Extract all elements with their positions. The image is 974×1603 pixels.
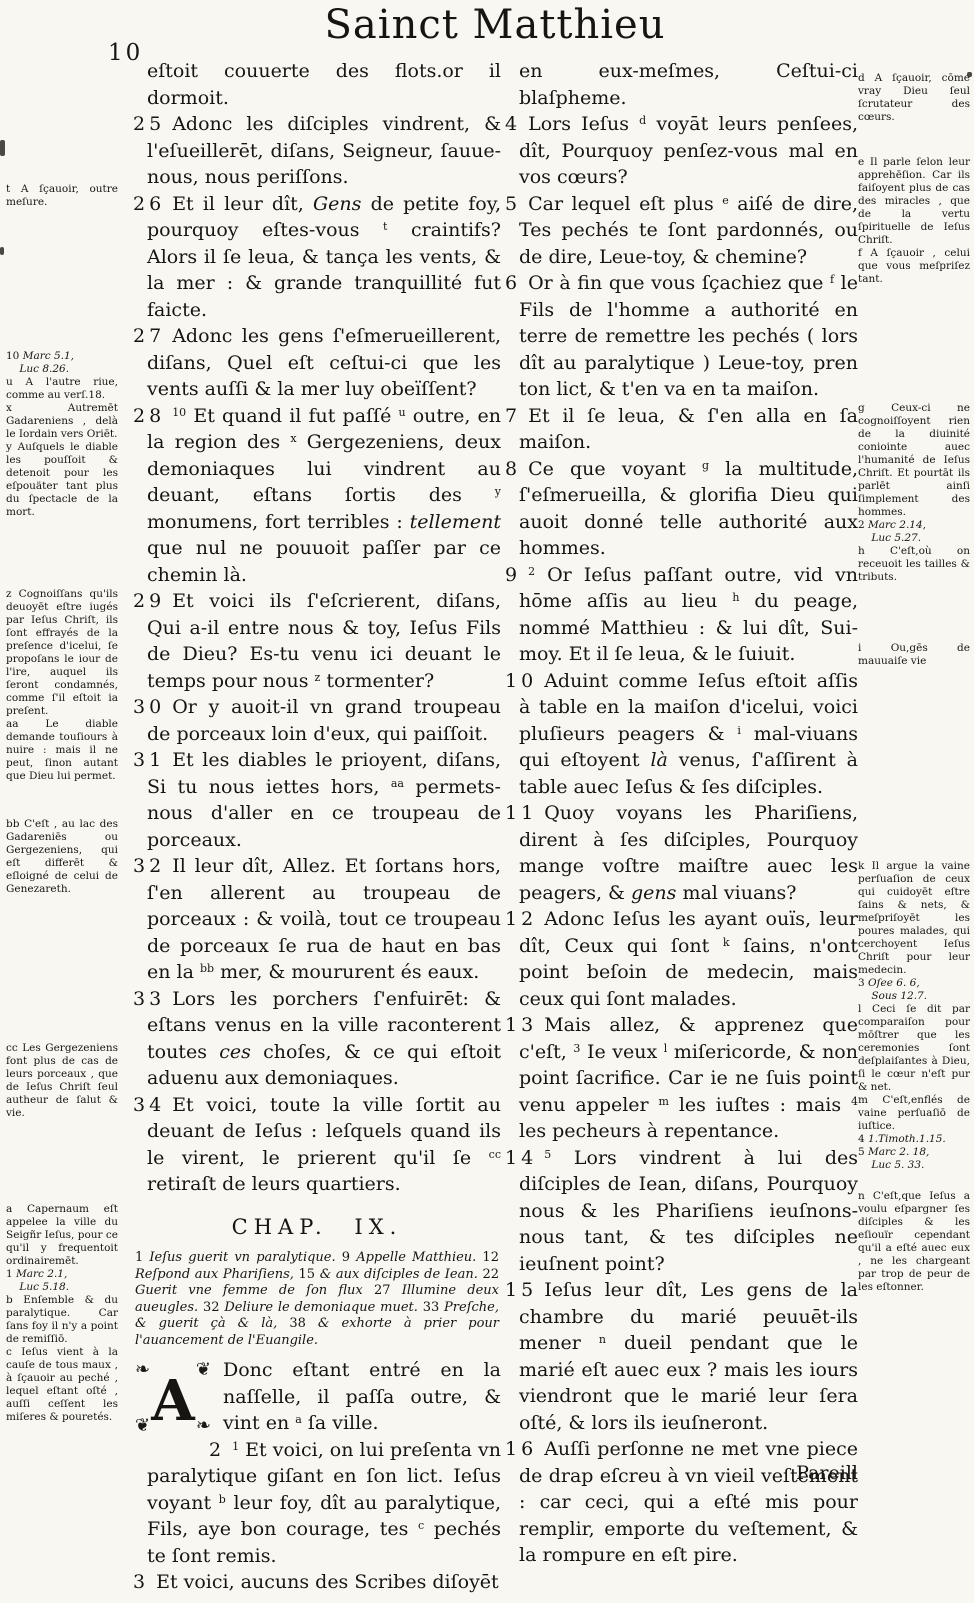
verse-number: 8 (505, 458, 528, 480)
margin-note: n C'eſt,que Ieſus a voulu eſpargner ſes … (858, 1190, 970, 1294)
verse: 25Adonc les diſciples vindrent, & l'eſue… (133, 111, 501, 191)
note-reference-mark: a (295, 1413, 302, 1426)
verse: 6Or à fin que vous ſçachiez que f le Fil… (505, 270, 858, 403)
verse-number: 29 (133, 590, 172, 612)
verse: 4Lors Ieſus d voyāt leurs penſees, dît, … (505, 111, 858, 191)
verse-number: 7 (505, 405, 528, 427)
margin-note: cc Les Gergezeniens font plus de cas de … (6, 1042, 118, 1120)
verse-number: 10 (505, 670, 544, 692)
book-page: 10 Sainct Matthieu eſtoit couuerte des f… (0, 0, 974, 1603)
verse: 32Il leur dît, Allez. Et ſortans hors, ſ… (133, 853, 501, 986)
ornate-dropcap: ❧❦❦❧A (133, 1361, 213, 1437)
verse-number: 6 (505, 272, 528, 294)
verse: 7Et il ſe leua, & ſ'en alla en ſa maiſon… (505, 403, 858, 456)
verse: 10Aduint comme Ieſus eſtoit aſſis à tabl… (505, 668, 858, 801)
note-reference-mark: l (664, 1042, 668, 1055)
note-reference-mark: k (723, 936, 730, 949)
note-reference-mark: 10 (172, 406, 186, 419)
note-reference-mark: z (315, 671, 321, 684)
note-reference-mark: u (398, 406, 405, 419)
page-title: Sainct Matthieu (130, 2, 860, 48)
verse: 145 Lors vindrent à lui des diſciples de… (505, 1145, 858, 1278)
verse-number: 25 (133, 113, 172, 135)
verse-number: 3 (133, 1571, 156, 1593)
verse-number: 27 (133, 325, 172, 347)
right-margin-notes: d A ſçauoir, cōme vray Dieu ſeul ſcrutat… (858, 0, 970, 1603)
margin-note: bb C'eſt , au lac des Gadareniēs ou Gerg… (6, 818, 118, 896)
verse-number: 2 (209, 1439, 232, 1461)
note-reference-mark: g (702, 459, 709, 472)
note-reference-mark: 5 (544, 1148, 551, 1161)
verse-number: 11 (505, 802, 544, 824)
verse: 31Et les diables le prioyent, diſans, Si… (133, 747, 501, 853)
verse: 16Auſſi perſonne ne met vne piece de dra… (505, 1436, 858, 1569)
note-reference-mark: h (732, 591, 739, 604)
verse: 29Et voici ils ſ'eſcrierent, diſans, Qui… (133, 588, 501, 694)
note-reference-mark: 3 (573, 1042, 580, 1055)
margin-note: i Ou,gēs de mauuaiſe vie (858, 642, 970, 668)
verse: 34Et voici, toute la ville ſortit au deu… (133, 1092, 501, 1198)
verse-number: 9 (505, 564, 528, 586)
dropcap-letter: A (151, 1368, 194, 1434)
verse-number: 26 (133, 193, 172, 215)
continued-text: eſtoit couuerte des flots.or il dormoit. (133, 58, 501, 111)
verse-number: 14 (505, 1147, 544, 1169)
verse-number: 5 (505, 193, 528, 215)
right-column: en eux-meſmes, Ceſtui-ci blaſpheme.4Lors… (505, 58, 858, 1569)
note-reference-mark: 1 (232, 1440, 239, 1453)
margin-note: t A ſçauoir, outre meſure. (6, 183, 118, 209)
verse-number: 13 (505, 1014, 544, 1036)
verse-number: 31 (133, 749, 172, 771)
chapter-summary: 1 Ieſus guerit vn paralytique. 9 Appelle… (133, 1250, 501, 1349)
note-reference-mark: d (639, 114, 646, 127)
chapter-heading: CHAP. IX. (133, 1214, 501, 1241)
verse-number: 33 (133, 988, 172, 1010)
verse: 30Or y auoit-il vn grand troupeau de por… (133, 694, 501, 747)
verse: 92 Or Ieſus paſſant outre, vid vn hōme a… (505, 562, 858, 668)
margin-note: a Capernaum eſt appelee la ville du Seig… (6, 1203, 118, 1424)
verse: 21 Et voici, on lui preſenta vn paralyti… (133, 1437, 501, 1570)
note-reference-mark: x (290, 432, 296, 445)
note-reference-mark: 4 (851, 1095, 858, 1108)
verse: ❧❦❦❧ADonc eſtant entré en la naſſelle, i… (133, 1357, 501, 1437)
note-reference-mark: bb (200, 962, 214, 975)
margin-note: z Cognoiſſans qu'ils deuoyēt eſtre iugés… (6, 588, 118, 783)
note-reference-mark: 2 (528, 565, 535, 578)
note-reference-mark: e (722, 194, 729, 207)
margin-note: k Il argue la vaine perſuaſion de ceux q… (858, 860, 970, 1172)
margin-note: g Ceux-ci ne cognoiſſoyent rien de la di… (858, 402, 970, 584)
left-margin-notes: t A ſçauoir, outre meſure.10 Marc 5.1, L… (6, 0, 122, 1603)
verse-number: 15 (505, 1279, 544, 1301)
floral-ornament-icon: ❧ (135, 1357, 150, 1384)
verse: 26Et il leur dît, Gens de petite foy, po… (133, 191, 501, 324)
note-reference-mark: i (737, 724, 741, 737)
floral-ornament-icon: ❧ (196, 1413, 211, 1440)
verse: 13Mais allez, & apprenez que c'eſt, 3 Ie… (505, 1012, 858, 1145)
note-reference-mark: n (599, 1333, 606, 1346)
left-column: eſtoit couuerte des flots.or il dormoit.… (133, 58, 501, 1596)
verse: 15Ieſus leur dît, Les gens de la chambre… (505, 1277, 858, 1436)
margin-note: d A ſçauoir, cōme vray Dieu ſeul ſcrutat… (858, 72, 970, 124)
verse-number: 34 (133, 1094, 172, 1116)
scan-speck (0, 140, 5, 156)
verse-number: 12 (505, 908, 544, 930)
verse: 3Et voici, aucuns des Scribes diſoyēt (133, 1569, 501, 1596)
note-reference-mark: cc (489, 1148, 501, 1161)
verse: 5Car lequel eſt plus e aiſé de dire, Tes… (505, 191, 858, 271)
scan-speck (0, 247, 4, 255)
note-reference-mark: m (659, 1095, 669, 1108)
scan-speck (967, 72, 972, 77)
note-reference-mark: b (219, 1493, 226, 1506)
floral-ornament-icon: ❦ (196, 1357, 211, 1384)
note-reference-mark: t (383, 220, 387, 233)
floral-ornament-icon: ❦ (135, 1413, 150, 1440)
margin-note: 10 Marc 5.1, Luc 8.26.u A l'autre riue, … (6, 350, 118, 519)
continued-text: en eux-meſmes, Ceſtui-ci blaſpheme. (505, 58, 858, 111)
note-reference-mark: c (418, 1519, 424, 1532)
verse-number: 30 (133, 696, 172, 718)
verse: 8Ce que voyant g la multitude, ſ'eſmerue… (505, 456, 858, 562)
note-reference-mark: y (495, 485, 501, 498)
verse: 27Adonc les gens ſ'eſmerueillerent, diſa… (133, 323, 501, 403)
catchword: Pareill (505, 1462, 858, 1484)
margin-note: e Il parle ſelon leur apprehēſion. Car i… (858, 156, 970, 286)
verse: 33Lors les porchers ſ'enfuirēt: & eſtans… (133, 986, 501, 1092)
note-reference-mark: aa (391, 777, 404, 790)
verse: 12Adonc Ieſus les ayant ouïs, leur dît, … (505, 906, 858, 1012)
verse: 2810 Et quand il fut paſſé u outre, en l… (133, 403, 501, 589)
verse-number: 4 (505, 113, 528, 135)
verse-number: 28 (133, 405, 172, 427)
verse: 11Quoy voyans les Phariſiens, dirent à ſ… (505, 800, 858, 906)
verse-number: 16 (505, 1438, 544, 1460)
note-reference-mark: f (830, 273, 834, 286)
verse-number: 32 (133, 855, 172, 877)
